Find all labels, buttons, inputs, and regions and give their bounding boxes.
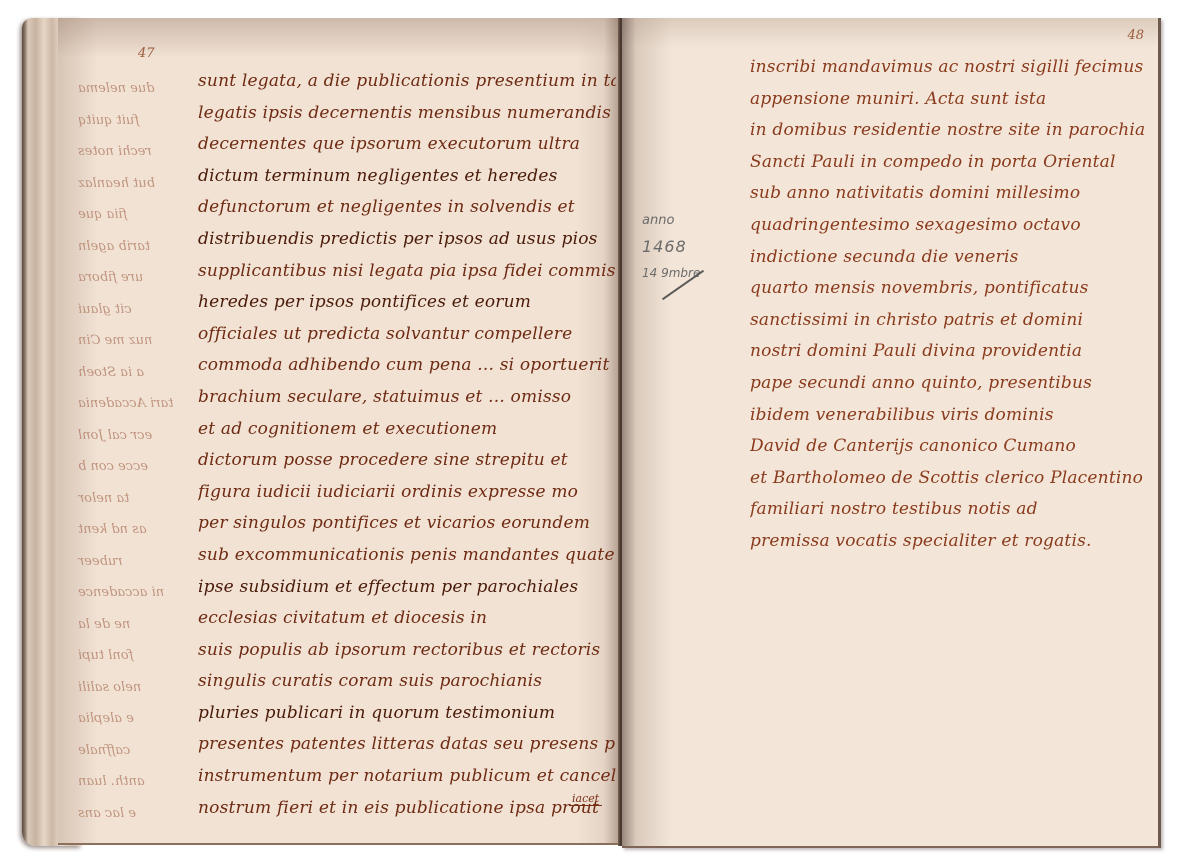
- mirror-line: e aleplia: [78, 703, 208, 735]
- manuscript-line: decernentes que ipsorum executorum ultra: [198, 129, 616, 161]
- manuscript-line: supplicantibus nisi legata pia ipsa fide…: [198, 256, 616, 288]
- mirror-line: fiia que: [78, 199, 208, 231]
- manuscript-line: nostrum fieri et in eis publicatione ips…: [198, 793, 616, 825]
- manuscript-line: ecclesias civitatum et diocesis in: [198, 603, 616, 635]
- manuscript-line: dictorum posse procedere sine strepitu e…: [198, 445, 616, 477]
- catchword: iacet: [569, 792, 602, 806]
- manuscript-line: appensione muniri. Acta sunt ista: [750, 84, 1150, 116]
- mirror-line: anth. luan: [78, 766, 208, 798]
- manuscript-line: sanctissimi in christo patris et domini: [750, 305, 1150, 337]
- mirror-line: tarib ageln: [78, 231, 208, 263]
- right-page: 48 anno 1468 14 9mbre inscribi mandavimu…: [622, 18, 1161, 848]
- manuscript-line: et ad cognitionem et executionem: [198, 414, 616, 446]
- mirror-line: ni accadence: [78, 577, 208, 609]
- manuscript-line: inscribi mandavimus ac nostri sigilli fe…: [750, 52, 1150, 84]
- open-manuscript: 47 due nelema fuit quitq rechi notes but…: [0, 0, 1181, 867]
- manuscript-line: dictum terminum negligentes et heredes: [198, 161, 616, 193]
- mirror-line: rubeer: [78, 546, 208, 578]
- mirror-line: a ia Stoeh: [78, 357, 208, 389]
- mirror-line: nelo salili: [78, 672, 208, 704]
- manuscript-line: heredes per ipsos pontifices et eorum: [198, 287, 616, 319]
- manuscript-line: quarto mensis novembris, pontificatus: [750, 273, 1150, 305]
- manuscript-line: suis populis ab ipsorum rectoribus et re…: [198, 635, 616, 667]
- manuscript-line: singulis curatis coram suis parochianis: [198, 666, 616, 698]
- annotation-date: 14 9mbre: [642, 260, 700, 286]
- manuscript-line: David de Canterijs canonico Cumano: [750, 431, 1150, 463]
- mirror-line: as nd kent: [78, 514, 208, 546]
- manuscript-line: ibidem venerabilibus viris dominis: [750, 400, 1150, 432]
- mirror-line: fuit quitq: [78, 105, 208, 137]
- manuscript-line: presentes patentes litteras datas seu pr…: [198, 729, 616, 761]
- mirror-line: caffnale: [78, 735, 208, 767]
- mirror-line: e lac ans: [78, 798, 208, 830]
- manuscript-line: sub anno nativitatis domini millesimo: [750, 178, 1150, 210]
- manuscript-line: instrumentum per notarium publicum et ca…: [198, 761, 616, 793]
- mirror-line: fonl tupi: [78, 640, 208, 672]
- mirror-line: rechi notes: [78, 136, 208, 168]
- manuscript-line: quadringentesimo sexagesimo octavo: [750, 210, 1150, 242]
- manuscript-line: nostri domini Pauli divina providentia: [750, 336, 1150, 368]
- manuscript-line: brachium seculare, statuimus et ... omis…: [198, 382, 616, 414]
- annotation-anno: anno: [642, 208, 700, 234]
- manuscript-line: in domibus residentie nostre site in par…: [750, 115, 1150, 147]
- mirror-line: ecr cal Jonl: [78, 420, 208, 452]
- manuscript-line: officiales ut predicta solvantur compell…: [198, 319, 616, 351]
- mirror-line: nuz me Cin: [78, 325, 208, 357]
- manuscript-line: Sancti Pauli in compedo in porta Orienta…: [750, 147, 1150, 179]
- mirror-line: cit glaui: [78, 294, 208, 326]
- mirror-line: ne de la: [78, 609, 208, 641]
- manuscript-line: ipse subsidium et effectum per parochial…: [198, 572, 616, 604]
- manuscript-line: pape secundi anno quinto, presentibus: [750, 368, 1150, 400]
- mirror-line: ta nelor: [78, 483, 208, 515]
- left-page-text: sunt legata, a die publicationis present…: [198, 66, 616, 824]
- manuscript-line: commoda adhibendo cum pena ... si oportu…: [198, 350, 616, 382]
- mirror-line: ure fibora: [78, 262, 208, 294]
- folio-number-left: 47: [138, 46, 155, 61]
- mirror-line: tari Accadenia: [78, 388, 208, 420]
- left-page: 47 due nelema fuit quitq rechi notes but…: [58, 18, 622, 845]
- manuscript-line: sunt legata, a die publicationis present…: [198, 66, 616, 98]
- pencil-annotation: anno 1468 14 9mbre: [642, 208, 700, 286]
- mirror-line: ecce con b: [78, 451, 208, 483]
- manuscript-line: figura iudicii iudiciarii ordinis expres…: [198, 477, 616, 509]
- manuscript-line: familiari nostro testibus notis ad: [750, 494, 1150, 526]
- manuscript-line: distribuendis predictis per ipsos ad usu…: [198, 224, 616, 256]
- folio-number-right: 48: [1127, 28, 1144, 43]
- manuscript-line: legatis ipsis decernentis mensibus numer…: [198, 98, 616, 130]
- mirror-line: due nelema: [78, 73, 208, 105]
- right-page-text: inscribi mandavimus ac nostri sigilli fe…: [750, 52, 1150, 558]
- bleed-through-margin: due nelema fuit quitq rechi notes but he…: [78, 73, 208, 829]
- manuscript-line: indictione secunda die veneris: [750, 242, 1150, 274]
- manuscript-line: pluries publicari in quorum testimonium: [198, 698, 616, 730]
- manuscript-line: et Bartholomeo de Scottis clerico Placen…: [750, 463, 1150, 495]
- manuscript-line: sub excommunicationis penis mandantes qu…: [198, 540, 616, 572]
- annotation-year: 1468: [642, 234, 700, 260]
- manuscript-line: premissa vocatis specialiter et rogatis.: [750, 526, 1150, 558]
- manuscript-line: defunctorum et negligentes in solvendis …: [198, 192, 616, 224]
- manuscript-line: per singulos pontifices et vicarios eoru…: [198, 508, 616, 540]
- mirror-line: but heanlaz: [78, 168, 208, 200]
